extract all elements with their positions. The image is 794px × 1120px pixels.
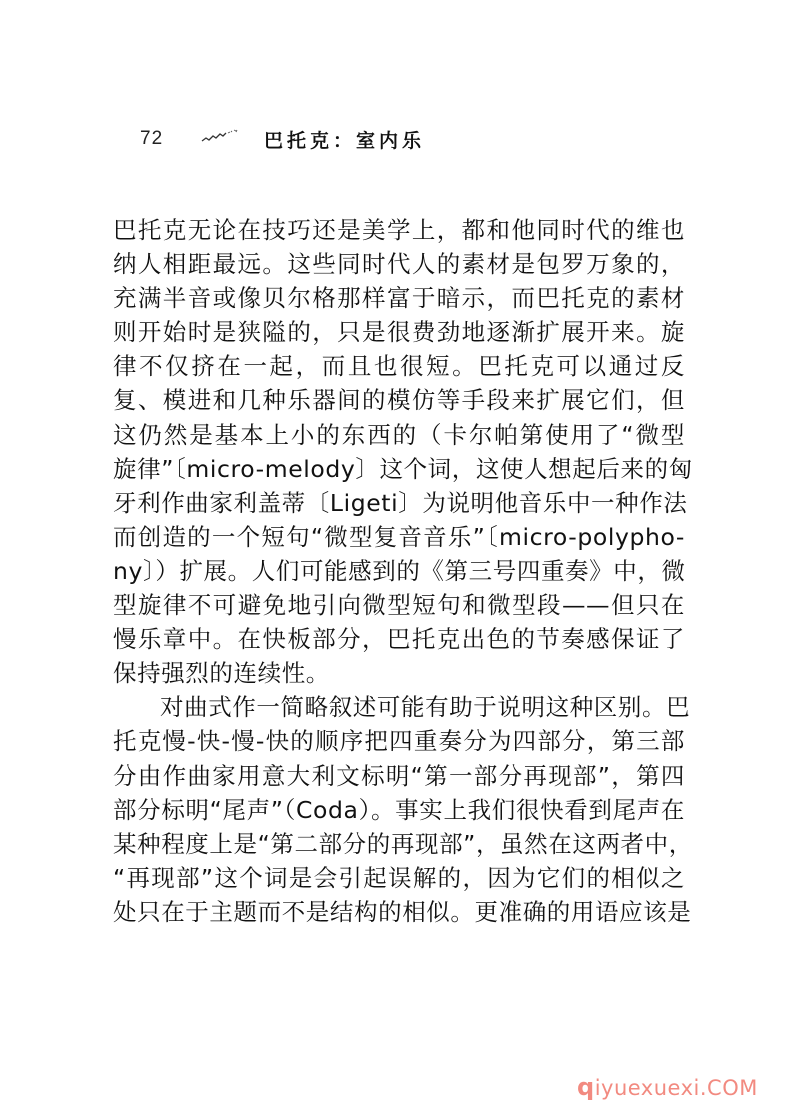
text-line: 部分标明“尾声”（Coda）。事实上我们很快看到尾声在: [113, 793, 685, 827]
page-header: 72 巴托克：室内乐: [140, 124, 700, 154]
page-number: 72: [140, 128, 163, 150]
site-watermark: qiyuexuexi.COM: [577, 1073, 758, 1101]
text-line: 复、模进和几种乐器间的模仿等手段来扩展它们，但: [113, 383, 685, 417]
text-line: 律不仅挤在一起，而且也很短。巴托克可以通过反: [113, 349, 685, 383]
watermark-text: iyuexuexi.COM: [595, 1076, 758, 1100]
text-line: ny〕）扩展。人们可能感到的《第三号四重奏》中，微: [113, 554, 685, 588]
text-line: 旋律”〔micro-melody〕这个词，这使人想起后来的匈: [113, 452, 685, 486]
text-line: 型旋律不可避免地引向微型短句和微型段——但只在: [113, 588, 685, 622]
text-line: 分由作曲家用意大利文标明“第一部分再现部”，第四: [113, 759, 685, 793]
decorative-squiggle-icon: [201, 128, 239, 144]
paragraph-1: 巴托克无论在技巧还是美学上，都和他同时代的维也 纳人相距最远。这些同时代人的素材…: [113, 213, 685, 690]
text-line: 保持强烈的连续性。: [113, 656, 685, 690]
text-line: 某种程度上是“第二部分的再现部”，虽然在这两者中，: [113, 827, 685, 861]
text-line: 这仍然是基本上小的东西的（卡尔帕第使用了“微型: [113, 418, 685, 452]
text-line: 处只在于主题而不是结构的相似。更准确的用语应该是: [113, 895, 685, 929]
watermark-prefix: q: [577, 1073, 595, 1101]
running-title: 巴托克：室内乐: [264, 126, 425, 153]
text-line: 对曲式作一简略叙述可能有助于说明这种区别。巴: [113, 690, 685, 724]
text-line: 巴托克无论在技巧还是美学上，都和他同时代的维也: [113, 213, 685, 247]
text-line: 纳人相距最远。这些同时代人的素材是包罗万象的，: [113, 247, 685, 281]
body-text: 巴托克无论在技巧还是美学上，都和他同时代的维也 纳人相距最远。这些同时代人的素材…: [113, 213, 685, 929]
text-line: 慢乐章中。在快板部分，巴托克出色的节奏感保证了: [113, 622, 685, 656]
paragraph-2: 对曲式作一简略叙述可能有助于说明这种区别。巴 托克慢-快-慢-快的顺序把四重奏分…: [113, 690, 685, 929]
text-line: 充满半音或像贝尔格那样富于暗示，而巴托克的素材: [113, 281, 685, 315]
text-line: 而创造的一个短句“微型复音音乐”〔micro-polypho-: [113, 520, 685, 554]
text-line: 托克慢-快-慢-快的顺序把四重奏分为四部分，第三部: [113, 724, 685, 758]
text-line: 则开始时是狭隘的，只是很费劲地逐渐扩展开来。旋: [113, 315, 685, 349]
text-line: 牙利作曲家利盖蒂〔Ligeti〕为说明他音乐中一种作法: [113, 486, 685, 520]
text-line: “再现部”这个词是会引起误解的，因为它们的相似之: [113, 861, 685, 895]
